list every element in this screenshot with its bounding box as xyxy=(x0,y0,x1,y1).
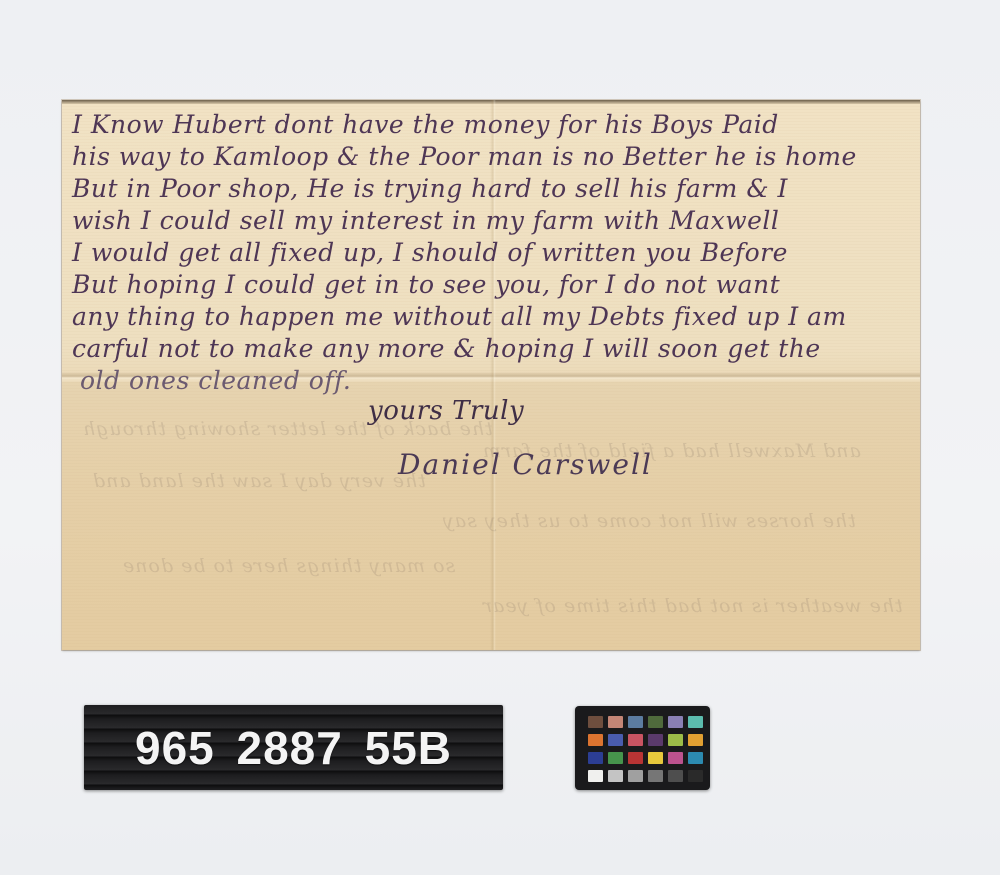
color-swatch xyxy=(668,770,683,782)
color-swatch xyxy=(668,752,683,764)
bleed-through-line: the very day I saw the land and xyxy=(92,470,426,492)
color-swatch xyxy=(628,734,643,746)
color-swatch xyxy=(688,770,703,782)
color-swatch xyxy=(648,770,663,782)
letter-line: any thing to happen me without all my De… xyxy=(72,302,847,331)
color-swatch xyxy=(688,716,703,728)
bleed-through-line: the weather is not bad this time of year xyxy=(482,595,903,617)
letter-line: wish I could sell my interest in my farm… xyxy=(72,206,779,235)
color-swatch xyxy=(588,752,603,764)
letter-page: the back of the letter showing through a… xyxy=(62,100,920,650)
color-checker-card xyxy=(575,706,710,790)
color-swatch xyxy=(628,716,643,728)
color-swatch xyxy=(608,770,623,782)
letter-line: carful not to make any more & hoping I w… xyxy=(72,334,821,363)
color-swatch xyxy=(588,734,603,746)
color-swatch xyxy=(668,734,683,746)
letter-line: But in Poor shop, He is trying hard to s… xyxy=(72,174,788,203)
letter-line: But hoping I could get in to see you, fo… xyxy=(72,270,780,299)
letter-line: his way to Kamloop & the Poor man is no … xyxy=(72,142,857,171)
letter-line: old ones cleaned off. xyxy=(80,366,351,395)
catalog-number-text: 965 2887 55B xyxy=(84,721,503,775)
color-swatch xyxy=(688,752,703,764)
color-swatch xyxy=(608,734,623,746)
color-swatch xyxy=(588,716,603,728)
color-swatch xyxy=(628,752,643,764)
bleed-through-line: so many things here to be done xyxy=(122,555,455,577)
letter-closing: yours Truly xyxy=(368,396,524,426)
color-swatch xyxy=(688,734,703,746)
letter-line: I Know Hubert dont have the money for hi… xyxy=(72,110,779,139)
color-swatch xyxy=(628,770,643,782)
color-swatch xyxy=(648,716,663,728)
color-swatch xyxy=(608,716,623,728)
letter-signature: Daniel Carswell xyxy=(398,448,653,481)
color-swatch xyxy=(608,752,623,764)
color-swatch xyxy=(648,734,663,746)
bleed-through-line: the horses will not come to us they say xyxy=(442,510,856,532)
letter-line: I would get all fixed up, I should of wr… xyxy=(72,238,788,267)
color-swatch xyxy=(668,716,683,728)
color-swatch xyxy=(588,770,603,782)
catalog-number-label: 965 2887 55B xyxy=(84,705,503,790)
color-swatch xyxy=(648,752,663,764)
